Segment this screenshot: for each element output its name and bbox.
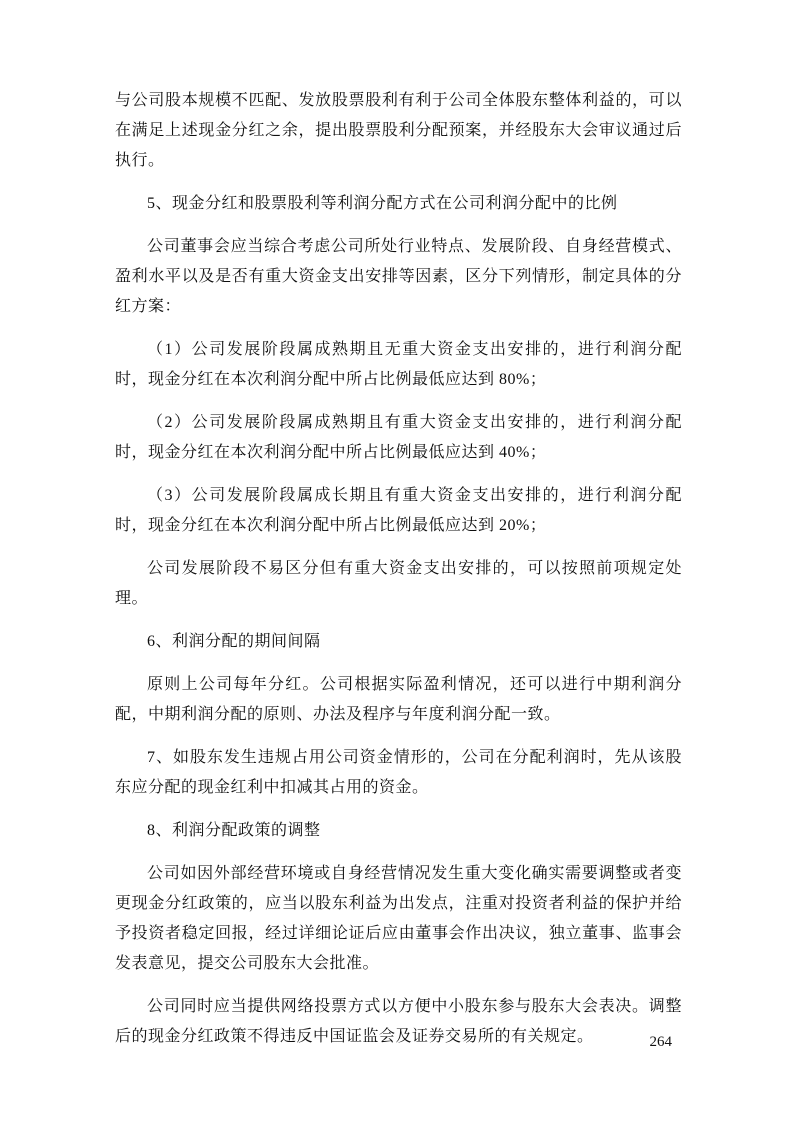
paragraph-continuation: 与公司股本规模不匹配、发放股票股利有利于公司全体股东整体利益的，可以在满足上述现…: [115, 86, 682, 176]
paragraph-case-1-mature-no-capex: （1）公司发展阶段属成熟期且无重大资金支出安排的，进行利润分配时，现金分红在本次…: [115, 335, 682, 395]
paragraph-policy-adjustment: 公司如因外部经营环境或自身经营情况发生重大变化确实需要调整或者变更现金分红政策的…: [115, 859, 682, 979]
paragraph-item-7-fund-misuse: 7、如股东发生违规占用公司资金情形的，公司在分配利润时，先从该股东应分配的现金红…: [115, 743, 682, 803]
paragraph-stage-unclear: 公司发展阶段不易区分但有重大资金支出安排的，可以按照前项规定处理。: [115, 554, 682, 614]
heading-section-5: 5、现金分红和股票股利等利润分配方式在公司利润分配中的比例: [115, 189, 682, 219]
heading-section-6: 6、利润分配的期间间隔: [115, 627, 682, 657]
page-number: 264: [0, 1034, 672, 1051]
paragraph-dividend-interval: 原则上公司每年分红。公司根据实际盈利情况，还可以进行中期利润分配，中期利润分配的…: [115, 670, 682, 730]
paragraph-case-3-growth-with-capex: （3）公司发展阶段属成长期且有重大资金支出安排的，进行利润分配时，现金分红在本次…: [115, 481, 682, 541]
paragraph-board-considerations: 公司董事会应当综合考虑公司所处行业特点、发展阶段、自身经营模式、盈利水平以及是否…: [115, 232, 682, 322]
document-page: 与公司股本规模不匹配、发放股票股利有利于公司全体股东整体利益的，可以在满足上述现…: [0, 0, 793, 1122]
document-body-text: 与公司股本规模不匹配、发放股票股利有利于公司全体股东整体利益的，可以在满足上述现…: [115, 86, 682, 1065]
paragraph-case-2-mature-with-capex: （2）公司发展阶段属成熟期且有重大资金支出安排的，进行利润分配时，现金分红在本次…: [115, 408, 682, 468]
heading-section-8: 8、利润分配政策的调整: [115, 816, 682, 846]
